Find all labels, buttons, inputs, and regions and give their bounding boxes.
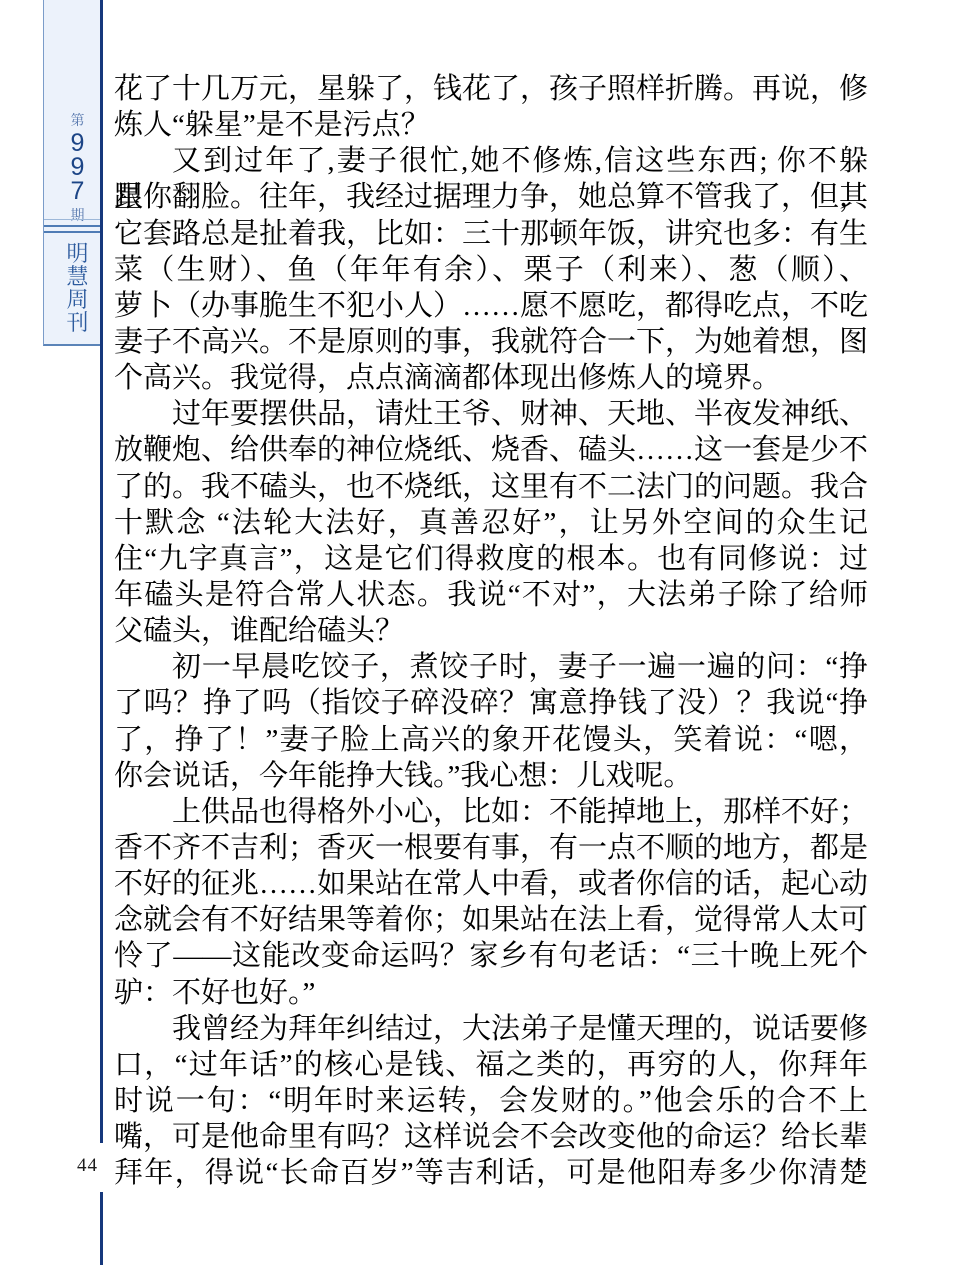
text-line: 又到过年了,妻子很忙,她不修炼,信这些东西; 你不躲星， (114, 143, 868, 179)
text-line: 驴：不好也好。” (114, 975, 868, 1011)
text-line: 初一早晨吃饺子，煮饺子时，妻子一遍一遍的问：“挣 (114, 649, 868, 685)
text-line: 时说一句：“明年时来运转，会发财的。”他会乐的合不上 (114, 1083, 868, 1119)
text-line: 口，“过年话”的核心是钱、福之类的，再穷的人，你拜年 (114, 1047, 868, 1083)
text-line: 父磕头，谁配给磕头？ (114, 613, 868, 649)
text-line: 嘴，可是他命里有吗？这样说会不会改变他的命运？给长辈 (114, 1119, 868, 1155)
journal-title-char: 明 (56, 242, 99, 265)
text-line: 十默念 “法轮大法好，真善忍好”，让另外空间的众生记 (114, 505, 868, 541)
text-line: 跟你翻脸。往年，我经过据理力争，她总算不管我了，但其 (114, 179, 868, 215)
journal-title-char: 刊 (56, 311, 99, 334)
text-line: 年磕头是符合常人状态。我说“不对”，大法弟子除了给师 (114, 577, 868, 613)
horizontal-rule (44, 231, 101, 233)
text-line: 花了十几万元，星躲了，钱花了，孩子照样折腾。再说，修 (114, 71, 868, 107)
journal-title-char: 慧 (56, 265, 99, 288)
text-line: 了，挣了！”妻子脸上高兴的象开花馒头，笑着说：“嗯， (114, 722, 868, 758)
issue-digit: 9 (56, 131, 99, 155)
column-divider-line (100, 0, 103, 1143)
text-line: 它套路总是扯着我，比如：三十那顿年饭，讲究也多：有生 (114, 216, 868, 252)
text-line: 炼人“躲星”是不是污点？ (114, 107, 868, 143)
issue-prefix: 第 (56, 110, 99, 130)
horizontal-rule-thin (44, 219, 101, 220)
issue-digit: 9 (56, 155, 99, 179)
text-line: 我曾经为拜年纠结过，大法弟子是懂天理的，说话要修 (114, 1011, 868, 1047)
journal-title-char: 周 (56, 288, 99, 311)
text-line: 住“九字真言”，这是它们得救度的根本。也有同修说：过 (114, 541, 868, 577)
issue-suffix: 期 (56, 205, 99, 225)
text-line: 个高兴。我觉得，点点滴滴都体现出修炼人的境界。 (114, 360, 868, 396)
text-line: 念就会有不好结果等着你；如果站在法上看，觉得常人太可 (114, 902, 868, 938)
page-number: 44 (58, 1155, 98, 1177)
text-line: 萝卜（办事脆生不犯小人）……愿不愿吃，都得吃点，不吃 (114, 288, 868, 324)
sidebar-issue-box: 第 9 9 7 期 明 慧 周 刊 (43, 0, 100, 346)
article-text: 花了十几万元，星躲了，钱花了，孩子照样折腾。再说，修炼人“躲星”是不是污点？又到… (114, 71, 868, 1191)
text-line: 上供品也得格外小心，比如：不能掉地上，那样不好； (114, 794, 868, 830)
text-line: 香不齐不吉利；香灭一根要有事，有一点不顺的地方，都是 (114, 830, 868, 866)
text-line: 不好的征兆……如果站在常人中看，或者你信的话，起心动 (114, 866, 868, 902)
issue-digit: 7 (56, 179, 99, 203)
text-line: 了的。我不磕头，也不烧纸，这里有不二法门的问题。我合 (114, 469, 868, 505)
text-line: 菜（生财）、鱼（年年有余）、栗子（利来）、葱（顺）、 (114, 252, 868, 288)
text-line: 怜了——这能改变命运吗？家乡有句老话：“三十晚上死个 (114, 938, 868, 974)
text-line: 拜年，得说“长命百岁”等吉利话，可是他阳寿多少你清楚 (114, 1155, 868, 1191)
text-line: 妻子不高兴。不是原则的事，我就符合一下，为她着想，图 (114, 324, 868, 360)
column-divider-line (100, 1192, 103, 1265)
text-line: 过年要摆供品，请灶王爷、财神、天地、半夜发神纸、 (114, 396, 868, 432)
text-line: 了吗？挣了吗（指饺子碎没碎？寓意挣钱了没）？我说“挣 (114, 685, 868, 721)
text-line: 放鞭炮、给供奉的神位烧纸、烧香、磕头……这一套是少不 (114, 432, 868, 468)
text-line: 你会说话，今年能挣大钱。”我心想：儿戏呢。 (114, 758, 868, 794)
horizontal-rule (44, 225, 101, 227)
